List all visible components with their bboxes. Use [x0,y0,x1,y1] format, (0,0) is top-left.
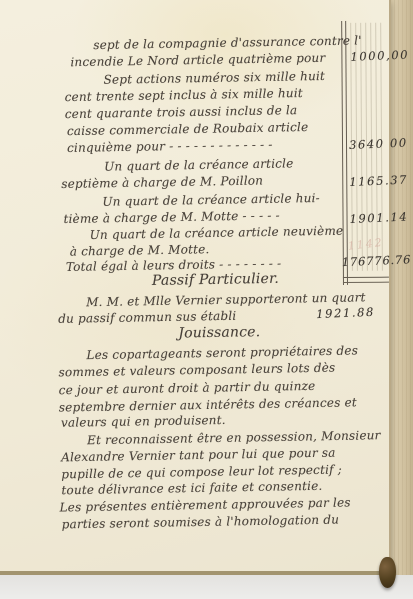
manuscript-line: parties seront soumises à l'homologation… [62,513,340,532]
manuscript-line: Un quart de la créance article [104,156,294,173]
manuscript-line: Sept actions numéros six mille huit [103,69,325,87]
manuscript-line: ce jour et auront droit à partir du quin… [59,379,316,397]
manuscript-line: Les copartageants seront propriétaires d… [86,343,358,362]
manuscript-line: toute délivrance est ici faite et consen… [61,479,322,498]
manuscript-line: Alexandre Vernier tant pour lui que pour… [61,446,336,465]
manuscript-line: Un quart de la créance article neuvième [90,224,344,242]
manuscript-line: sommes et valeurs composant leurs lots d… [58,361,335,380]
ledger-amount: 1000,00 [350,47,409,63]
manuscript-page: sept de la compagnie d'assurance contre … [0,0,391,575]
manuscript-line: tième à charge de M. Motte - - - - - [63,208,279,226]
manuscript-line: incendie Le Nord article quatrième pour [70,51,325,69]
manuscript-line: septième à charge de M. Poillon [61,173,263,191]
manuscript-line: Les présentes entièrement approuvées par… [59,495,350,514]
manuscript-line: à charge de M. Motte. [70,242,210,258]
ledger-amount: 1165.37 [349,172,408,188]
ledger-amount: 1901.14 [349,209,408,225]
ledger-amount-total: 176776.76 [342,252,412,269]
manuscript-line: cinquième pour - - - - - - - - - - - - - [67,137,273,155]
book-clasp-knob [379,557,396,588]
page-content: sept de la compagnie d'assurance contre … [0,0,391,572]
manuscript-line: Et reconnaissent être en possession, Mon… [87,428,381,447]
manuscript-line: cent quarante trois aussi inclus de la [65,103,298,121]
section-heading-passif: Passif Particulier. [152,271,279,289]
ledger-amount: 3640 00 [349,135,408,151]
section-heading-jouissance: Jouissance. [178,324,260,341]
manuscript-line: Un quart de la créance article hui- [102,191,320,209]
manuscript-line: valeurs qui en produisent. [61,413,226,430]
manuscript-line: caisse commerciale de Roubaix article [67,120,309,138]
manuscript-line: du passif commun sus établi [58,309,236,326]
manuscript-scan: sept de la compagnie d'assurance contre … [0,0,413,599]
manuscript-line: cent trente sept inclus à six mille huit [65,86,303,104]
faint-pencil-mark: 1142 [347,236,384,253]
manuscript-line: septembre dernier aux intérêts des créan… [59,395,357,414]
scan-background [0,575,413,599]
manuscript-line: sept de la compagnie d'assurance contre … [93,33,362,52]
inline-amount-passif: 1921.88 [316,305,375,321]
ledger-bottom-double-rule [343,277,389,283]
